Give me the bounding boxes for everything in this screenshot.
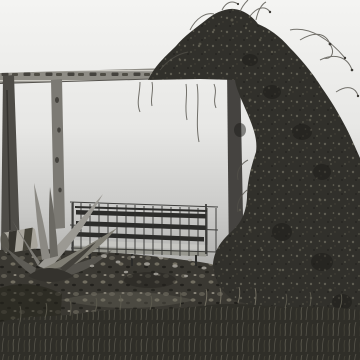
photo xyxy=(0,0,360,360)
photo-frame xyxy=(0,0,360,360)
ground-scrub-shadow xyxy=(124,272,176,288)
